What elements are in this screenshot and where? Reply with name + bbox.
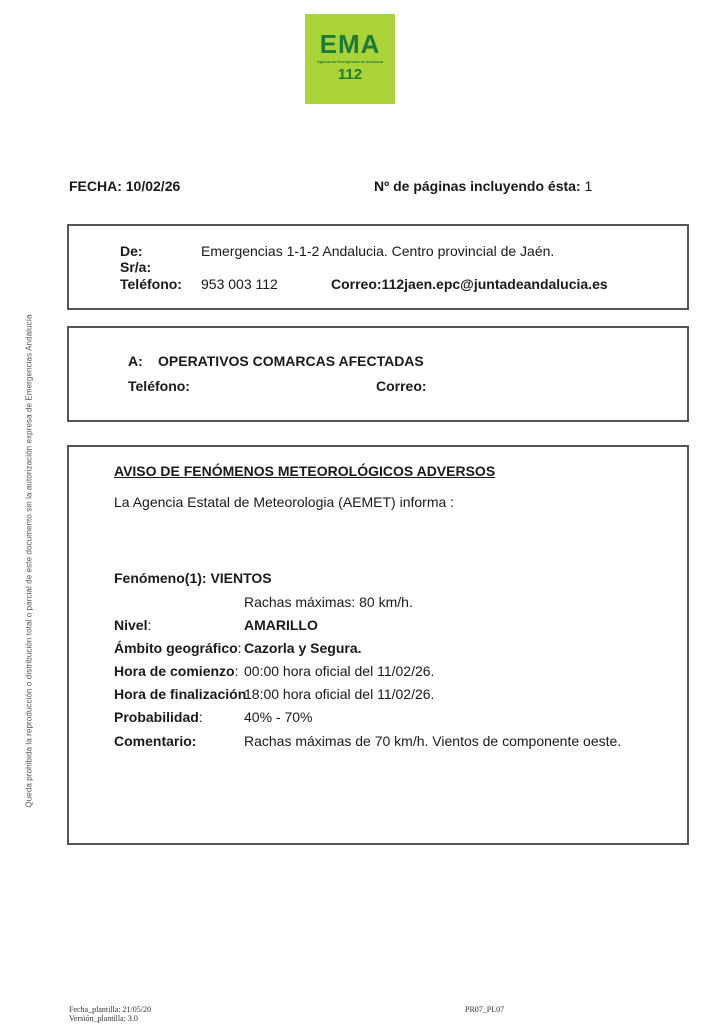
- recipient-box: [67, 326, 689, 422]
- detail-value: Cazorla y Segura.: [244, 640, 362, 657]
- detail-separator: :: [199, 709, 203, 725]
- logo-title: EMA: [305, 30, 395, 58]
- fenomeno: Fenómeno(1): VIENTOS: [114, 570, 272, 587]
- detail-label: Hora de comienzo:: [114, 663, 238, 680]
- detail-value: AMARILLO: [244, 617, 318, 634]
- de-value: Emergencias 1-1-2 Andalucia. Centro prov…: [201, 243, 554, 260]
- fecha-plantilla: Fecha_plantilla: 21/05/20: [69, 1005, 151, 1014]
- logo-subtitle: Agencia de Emergencias de Andalucía: [305, 60, 395, 65]
- page-count-value: 1: [585, 178, 593, 194]
- template-code: PR07_PL07: [465, 1005, 504, 1014]
- detail-value: 00:00 hora oficial del 11/02/26.: [244, 663, 434, 680]
- aviso-intro: La Agencia Estatal de Meteorologia (AEME…: [114, 494, 454, 511]
- sender-box: [67, 224, 689, 310]
- logo-number: 112: [305, 67, 395, 83]
- ema-112-logo: EMA Agencia de Emergencias de Andalucía …: [305, 14, 395, 104]
- page-count: Nº de páginas incluyendo ésta: 1: [374, 178, 592, 194]
- detail-value: 40% - 70%: [244, 709, 312, 726]
- fecha: FECHA: 10/02/26: [69, 178, 180, 194]
- detail-label: Probabilidad:: [114, 709, 203, 726]
- sender-telefono-value: 953 003 112: [201, 276, 278, 293]
- sender-telefono-label: Teléfono:: [120, 276, 182, 293]
- detail-value: 18:00 hora oficial del 11/02/26.: [244, 686, 434, 703]
- aviso-title: AVISO DE FENÓMENOS METEOROLÓGICOS ADVERS…: [114, 463, 495, 480]
- detail-label: Nivel:: [114, 617, 151, 634]
- page-count-label: Nº de páginas incluyendo ésta:: [374, 178, 581, 194]
- detail-label: Comentario:: [114, 733, 196, 750]
- detail-separator: :: [238, 640, 242, 656]
- rachas: Rachas máximas: 80 km/h.: [244, 594, 413, 611]
- de-label: De:: [120, 243, 143, 260]
- recipient-telefono-label: Teléfono:: [128, 378, 190, 395]
- version-plantilla: Versión_plantilla: 3.0: [69, 1014, 138, 1023]
- detail-value: Rachas máximas de 70 km/h. Vientos de co…: [244, 733, 621, 750]
- detail-label: Ámbito geográfico:: [114, 640, 242, 657]
- sra-label: Sr/a:: [120, 259, 151, 276]
- sender-correo: Correo:112jaen.epc@juntadeandalucia.es: [331, 276, 608, 293]
- detail-label: Hora de finalización:: [114, 686, 250, 703]
- side-notice-text: Queda prohibida la reproducción o distri…: [25, 314, 34, 807]
- detail-separator: :: [147, 617, 151, 633]
- recipient-correo-label: Correo:: [376, 378, 427, 395]
- a-value: OPERATIVOS COMARCAS AFECTADAS: [158, 353, 424, 370]
- detail-separator: :: [235, 663, 239, 679]
- a-label: A:: [128, 353, 143, 370]
